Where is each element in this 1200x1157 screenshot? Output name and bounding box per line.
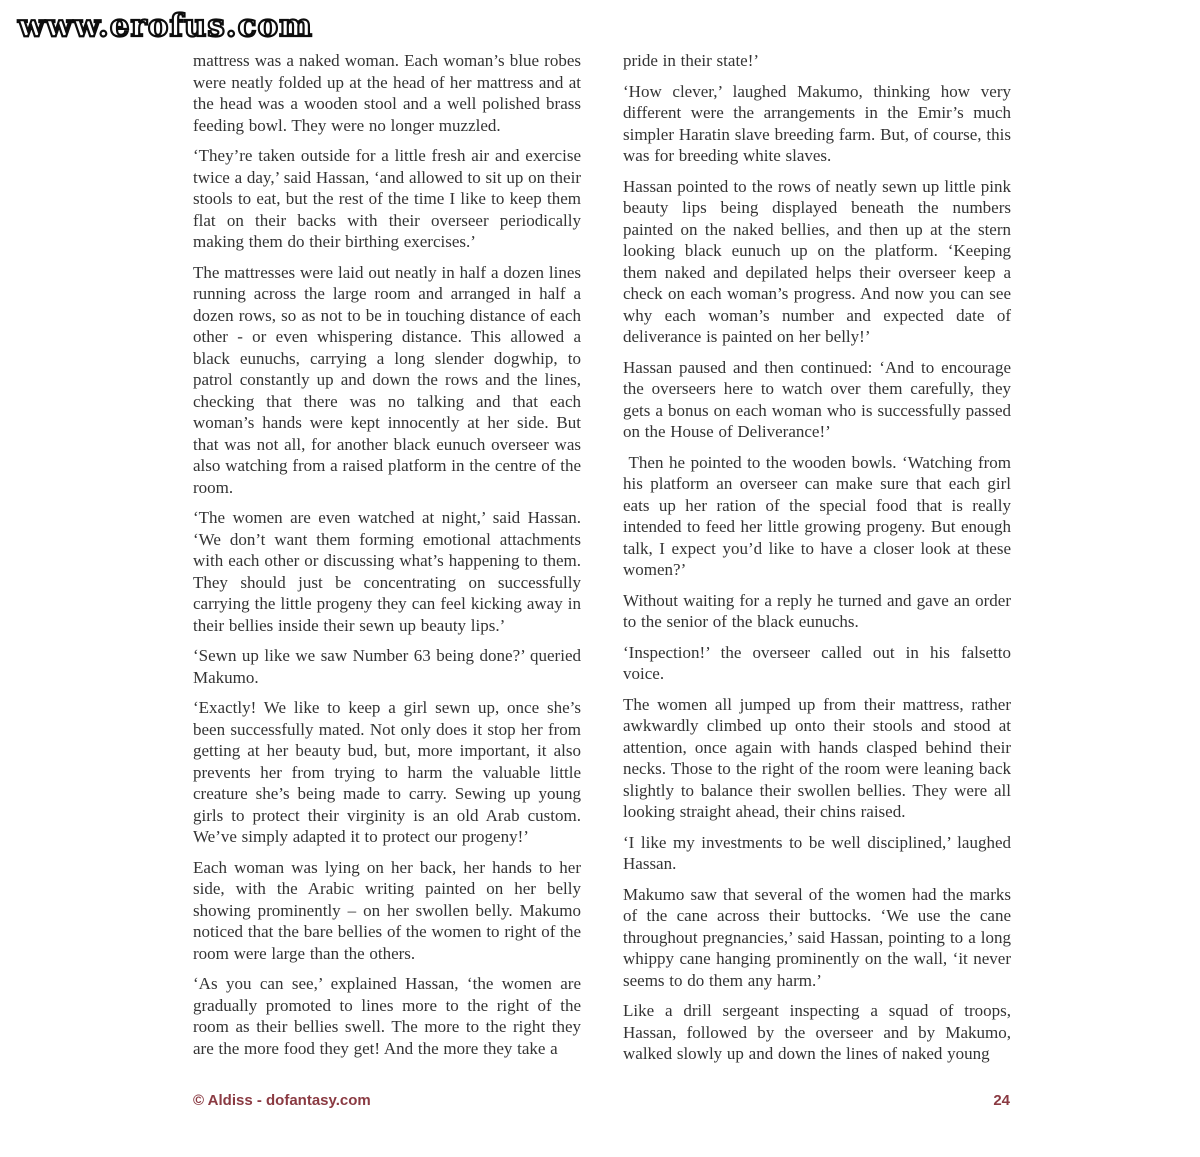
paragraph: ‘They’re taken outside for a little fres… xyxy=(193,145,581,253)
paragraph: ‘As you can see,’ explained Hassan, ‘the… xyxy=(193,973,581,1059)
paragraph: ‘The women are even watched at night,’ s… xyxy=(193,507,581,636)
paragraph: Hassan paused and then continued: ‘And t… xyxy=(623,357,1011,443)
paragraph: Then he pointed to the wooden bowls. ‘Wa… xyxy=(623,452,1011,581)
paragraph: ‘Sewn up like we saw Number 63 being don… xyxy=(193,645,581,688)
paragraph: pride in their state!’ xyxy=(623,50,1011,72)
paragraph: The women all jumped up from their mattr… xyxy=(623,694,1011,823)
paragraph: Like a drill sergeant inspecting a squad… xyxy=(623,1000,1011,1065)
watermark-erofus: www.erofus.com xyxy=(18,8,313,44)
paragraph: Each woman was lying on her back, her ha… xyxy=(193,857,581,965)
paragraph: Makumo saw that several of the women had… xyxy=(623,884,1011,992)
paragraph: ‘I like my investments to be well discip… xyxy=(623,832,1011,875)
text-column-right: pride in their state!’ ‘How clever,’ lau… xyxy=(623,50,1011,1074)
paragraph: ‘How clever,’ laughed Makumo, thinking h… xyxy=(623,81,1011,167)
paragraph: mattress was a naked woman. Each woman’s… xyxy=(193,50,581,136)
text-column-left: mattress was a naked woman. Each woman’s… xyxy=(193,50,581,1074)
paragraph: Without waiting for a reply he turned an… xyxy=(623,590,1011,633)
page-footer: © Aldiss - dofantasy.com 24 xyxy=(193,1092,1010,1109)
paragraph: ‘Inspection!’ the overseer called out in… xyxy=(623,642,1011,685)
paragraph: The mattresses were laid out neatly in h… xyxy=(193,262,581,499)
paragraph: ‘Exactly! We like to keep a girl sewn up… xyxy=(193,697,581,848)
paragraph: Hassan pointed to the rows of neatly sew… xyxy=(623,176,1011,348)
footer-credit: © Aldiss - dofantasy.com xyxy=(193,1092,371,1109)
page-body: mattress was a naked woman. Each woman’s… xyxy=(193,50,1010,1074)
page-number: 24 xyxy=(993,1092,1010,1109)
